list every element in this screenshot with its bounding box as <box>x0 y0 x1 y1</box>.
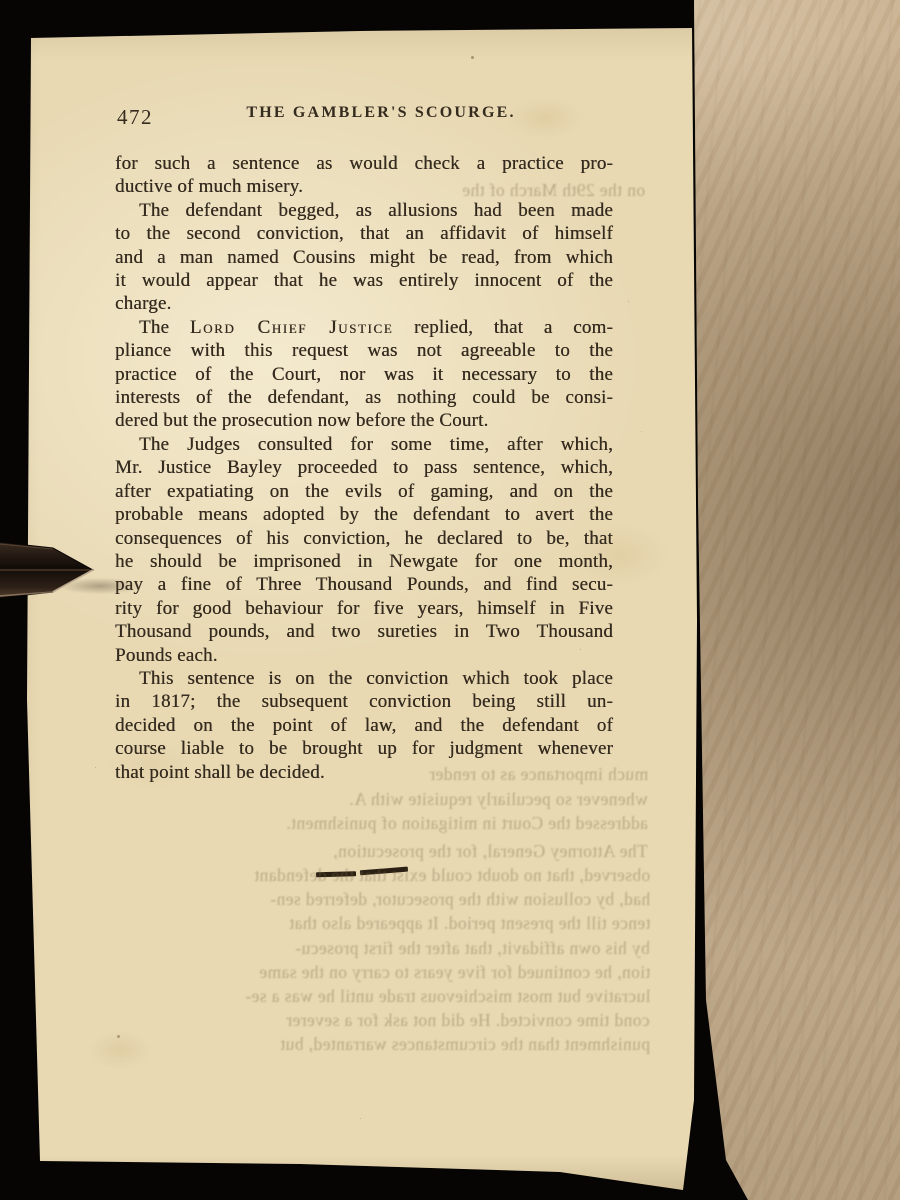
text-line: after expatiating on the evils of gaming… <box>115 480 613 503</box>
text-line: pliance with this request was not agreea… <box>115 339 613 362</box>
showthrough-line: lucrative but most mischievous trade unt… <box>245 986 650 1007</box>
text-line: charge. <box>115 292 613 315</box>
text-line: rity for good behaviour for five years, … <box>115 597 613 620</box>
book-photograph: 472 THE GAMBLER'S SCOURGE. for such a se… <box>0 0 900 1200</box>
text-line: in 1817; the subsequent conviction being… <box>115 690 613 713</box>
showthrough-line: had, by collusion with the prosecutor, d… <box>270 889 650 910</box>
text-line: The Lord Chief Justice replied, that a c… <box>115 316 613 339</box>
text-line: practice of the Court, nor was it necess… <box>115 363 613 386</box>
section-divider-rule <box>316 866 412 879</box>
text-line: Pounds each. <box>115 644 613 667</box>
running-title: THE GAMBLER'S SCOURGE. <box>115 104 613 122</box>
showthrough-line: whenever so peculiarly requisite with A. <box>349 789 648 810</box>
text-line: The Judges consulted for some time, afte… <box>115 433 613 456</box>
text-line: dered but the prosecution now before the… <box>115 409 613 432</box>
printed-content: 472 THE GAMBLER'S SCOURGE. for such a se… <box>0 0 900 1200</box>
divider-dash-right <box>360 867 408 876</box>
text-line: This sentence is on the conviction which… <box>115 667 613 690</box>
page-holder-clip <box>0 532 106 604</box>
text-line: interests of the defendant, as nothing c… <box>115 386 613 409</box>
showthrough-line: The Attorney General, for the prosecutio… <box>333 841 648 862</box>
showthrough-line: addressed the Court in mitigation of pun… <box>286 813 648 834</box>
showthrough-line: tence till the present period. It appear… <box>289 913 650 934</box>
text-line: probable means adopted by the defendant … <box>115 503 613 526</box>
text-line: to the second conviction, that an affida… <box>115 222 613 245</box>
body-text: for such a sentence as would check a pra… <box>115 152 613 784</box>
page-header: 472 THE GAMBLER'S SCOURGE. <box>115 104 613 132</box>
showthrough-line: punishment than the circumstances warran… <box>280 1034 650 1055</box>
showthrough-line: observed, that no doubt could exist that… <box>254 865 650 886</box>
page-number: 472 <box>117 105 153 130</box>
text-line: pay a fine of Three Thousand Pounds, and… <box>115 573 613 596</box>
text-line: that point shall be decided. <box>115 761 613 784</box>
text-line: decided on the point of law, and the def… <box>115 714 613 737</box>
text-line: ductive of much misery. <box>115 175 613 198</box>
text-line: and a man named Cousins might be read, f… <box>115 246 613 269</box>
text-line: it would appear that he was entirely inn… <box>115 269 613 292</box>
divider-dash-left <box>316 871 356 877</box>
showthrough-line: cond time convicted. He did not ask for … <box>286 1010 650 1031</box>
showthrough-line: by his own affidavit, that after the fir… <box>295 938 650 959</box>
text-line: Mr. Justice Bayley proceeded to pass sen… <box>115 456 613 479</box>
text-line: consequences of his conviction, he decla… <box>115 527 613 550</box>
text-line: he should be imprisoned in Newgate for o… <box>115 550 613 573</box>
text-line: The defendant begged, as allusions had b… <box>115 199 613 222</box>
small-caps-phrase: Lord Chief Justice <box>190 317 393 338</box>
text-line: Thousand pounds, and two sureties in Two… <box>115 620 613 643</box>
text-line: for such a sentence as would check a pra… <box>115 152 613 175</box>
text-line: course liable to be brought up for judgm… <box>115 737 613 760</box>
showthrough-line: tion, he continued for five years to car… <box>259 962 650 983</box>
